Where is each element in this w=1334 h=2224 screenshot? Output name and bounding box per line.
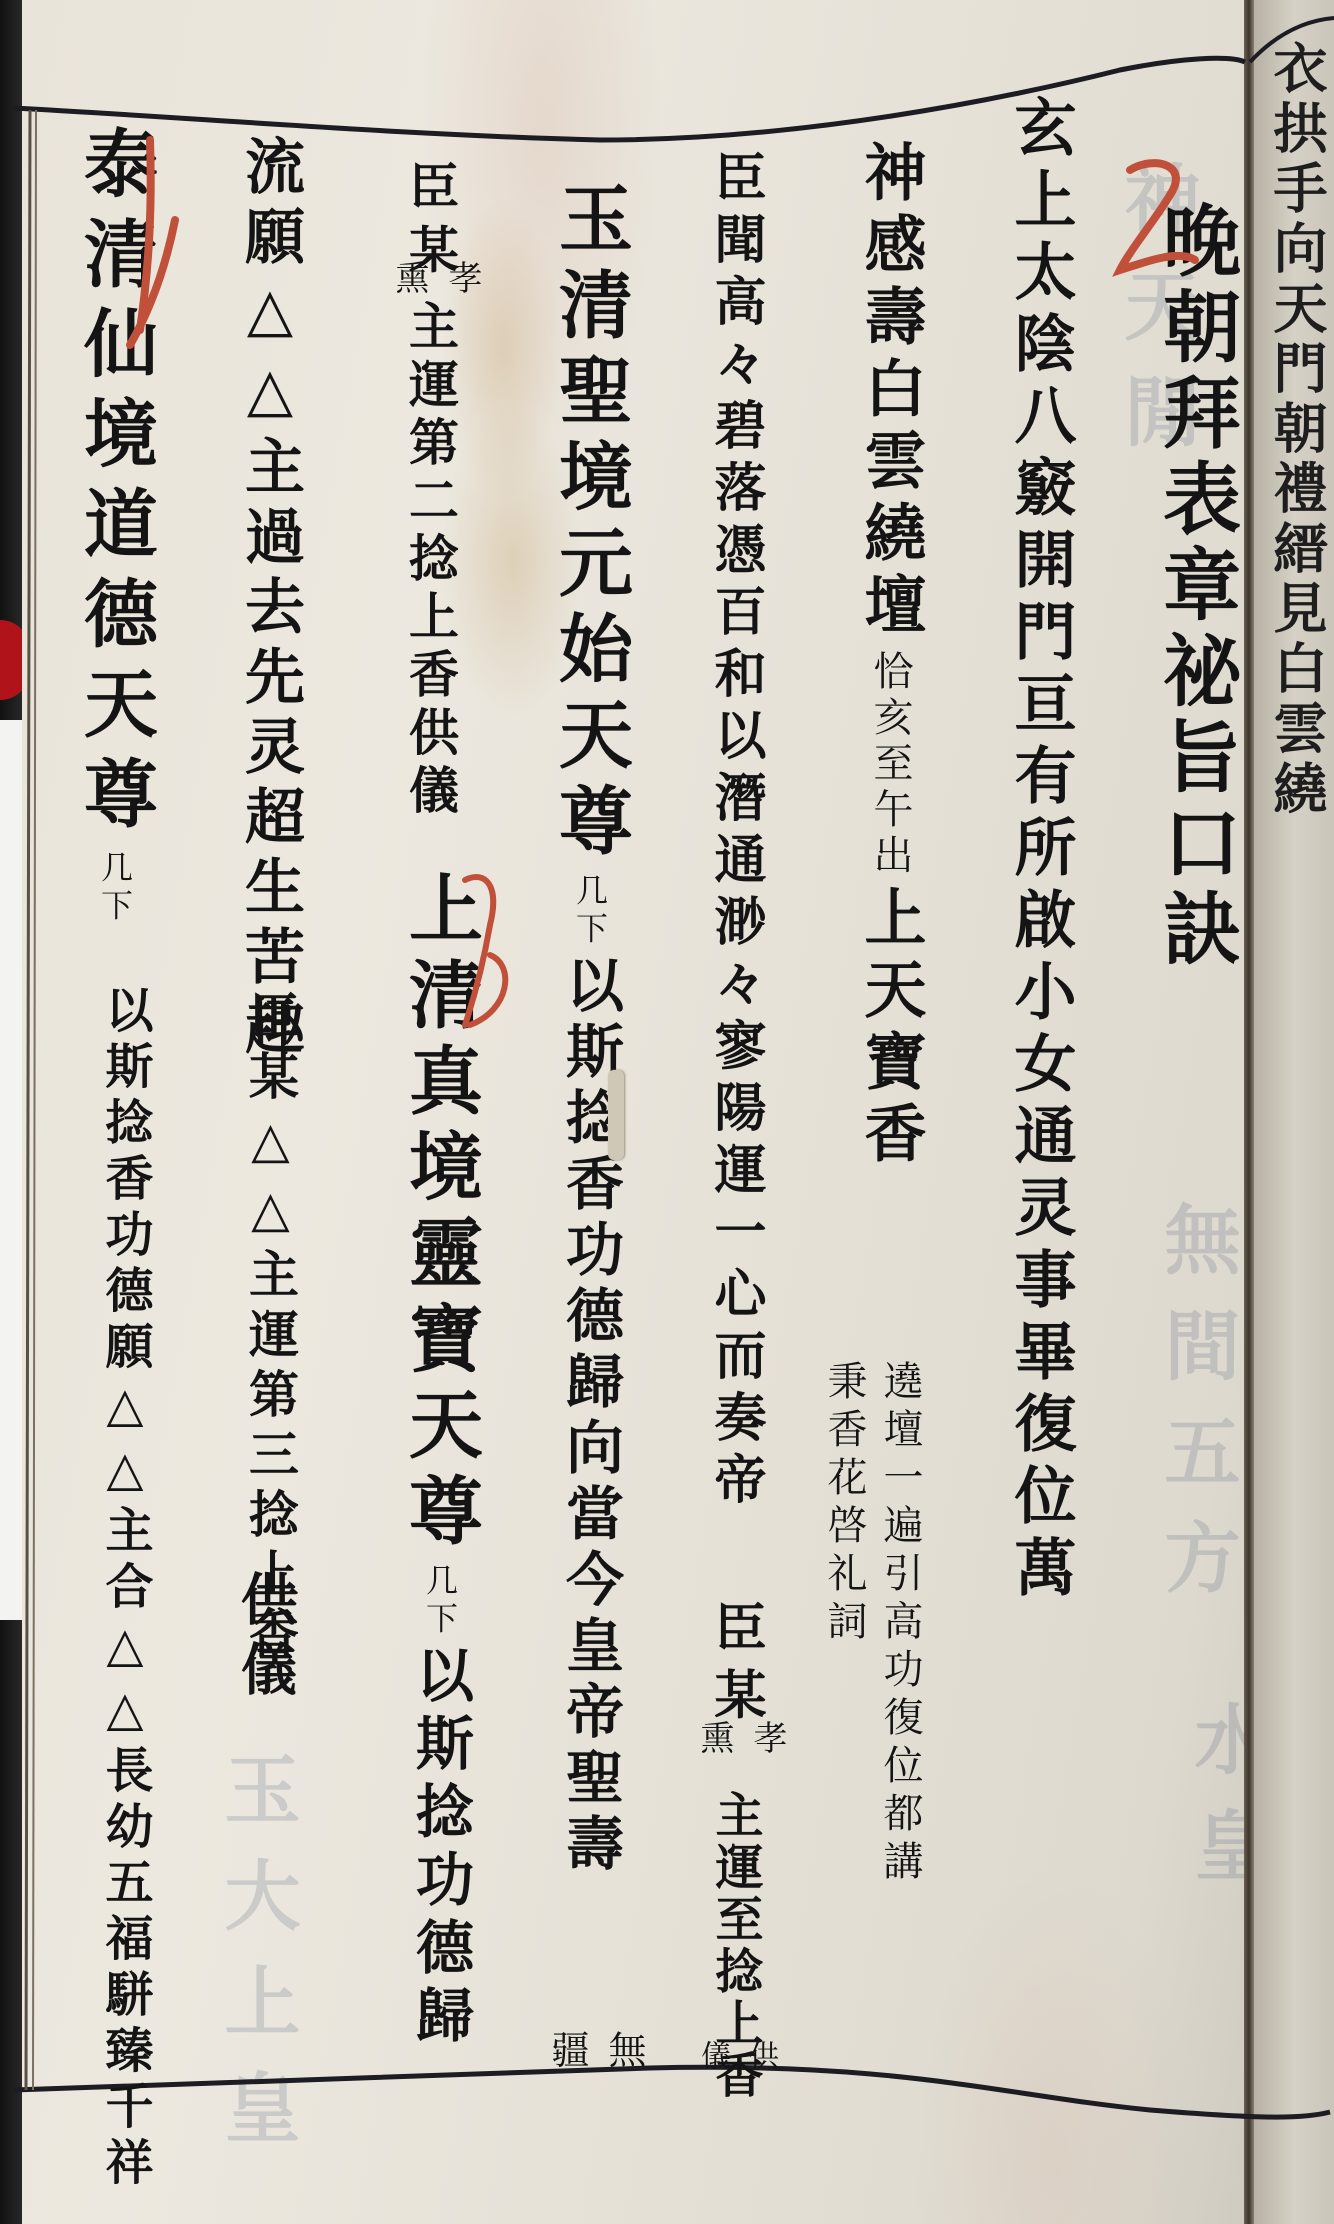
column-5-note-end-left: 疆: [540, 2030, 595, 2068]
column-8: 泰清仙境道德天尊 几下: [60, 125, 170, 927]
column-6-note-left: 熏: [385, 260, 434, 294]
column-4: 臣聞高々碧落憑百和以潛通渺々寥陽運一心而奏帝: [700, 150, 770, 1514]
column-3-main-b: 上天寶香: [854, 885, 927, 1173]
column-6-main-e: 以斯捻功德歸: [406, 1645, 474, 2053]
column-4-dual-note: 孝 熏: [690, 1720, 792, 1754]
column-7-main-c: 供儀: [232, 1570, 298, 1710]
column-7-end: 供儀: [225, 1570, 305, 1710]
column-6-note-d: 几下: [421, 1564, 459, 1640]
column-7-main-b: 臣某△△主運第三捻上香: [241, 990, 300, 1668]
column-3-note-a: 恰亥至午出: [867, 650, 913, 880]
column-5-end-note: 無 疆: [540, 2030, 652, 2068]
column-4-note-left: 熏: [690, 1720, 739, 1754]
title-text: 晚朝拜表章祕旨口訣: [1150, 200, 1241, 974]
column-4-note-right: 孝: [743, 1720, 792, 1754]
column-6-dual-note: 孝 熏: [385, 260, 487, 294]
column-6-mid: 主運第二捻上香供儀: [395, 300, 465, 822]
adjacent-page-column: 衣拱手向天門朝禮縉見白雲繞: [1262, 40, 1332, 820]
column-4-main-b: 臣: [705, 1600, 766, 1662]
column-3-note-b-left: 秉香花啓礼詞: [820, 1360, 868, 1888]
column-3-main-a: 神感壽白雲繞壇: [854, 140, 927, 644]
column-3-dual-note: 遶壇一遍引高功復位都講 秉香花啓礼詞: [820, 1360, 924, 1888]
column-5-note-end-right: 無: [597, 2030, 652, 2068]
column-8-main-b: 以斯捻香功德願△△主合△△長幼五福駢臻千祥: [97, 985, 153, 2193]
column-4-note-end-left: 儀: [690, 2040, 734, 2070]
bleed-through-text: 玉大上皇: [202, 1750, 311, 2174]
column-8-lower: 以斯捻香功德願△△主合△△長幼五福駢臻千祥: [85, 985, 165, 2193]
column-4-note-end-right: 供: [738, 2040, 782, 2070]
column-2: 玄上太陰八竅開門亘有所啟小女通灵事畢復位萬: [995, 95, 1085, 1607]
column-3-note-b-right: 遶壇一遍引高功復位都講: [876, 1360, 924, 1888]
photo-scene: 神天閒 無間五方 水皇 玉大上皇 衣拱手向天門朝禮縉見白雲繞 晚朝拜表章祕旨口訣…: [0, 0, 1334, 2224]
column-8-main-a: 泰清仙境道德天尊: [72, 125, 158, 845]
column-6-bottom: 上清真境靈寶天尊 几下 以斯捻功德歸: [385, 870, 495, 2053]
column-7-main-a: 流願△△主過去先灵超生苦趣: [235, 135, 305, 1065]
column-4-main-a: 臣聞高々碧落憑百和以潛通渺々寥陽運一心而奏帝: [705, 150, 766, 1514]
column-7-lower: 臣某△△主運第三捻上香: [230, 990, 310, 1668]
paper-tear: [608, 1070, 624, 1160]
column-6-main-c: 主運第二捻上香供儀: [401, 300, 460, 822]
column-8-note-a: 几下: [96, 851, 134, 927]
column-6-main-a: 臣: [401, 160, 460, 218]
column-5: 玉清聖境元始天尊 几下 以斯捻香功德歸向當今皇帝聖壽: [535, 180, 645, 1879]
column-4-end-note: 供 儀: [690, 2040, 782, 2070]
bleed-through-text: 無間五方: [1142, 1200, 1251, 1624]
column-4-tail: 臣 某: [700, 1600, 770, 1730]
column-5-note-a: 几下: [571, 874, 609, 950]
column-6-main-d: 上清真境靈寶天尊: [397, 870, 483, 1558]
adjacent-page: 衣拱手向天門朝禮縉見白雲繞: [1254, 0, 1334, 2224]
column-1-title: 晚朝拜表章祕旨口訣: [1140, 200, 1250, 974]
column-3: 神感壽白雲繞壇 恰亥至午出 上天寶香: [845, 140, 935, 1173]
column-2-text: 玄上太陰八竅開門亘有所啟小女通灵事畢復位萬: [1004, 95, 1077, 1607]
column-6-note-right: 孝: [438, 260, 487, 294]
column-7: 流願△△主過去先灵超生苦趣: [225, 135, 315, 1065]
column-5-main-a: 玉清聖境元始天尊: [547, 180, 633, 868]
